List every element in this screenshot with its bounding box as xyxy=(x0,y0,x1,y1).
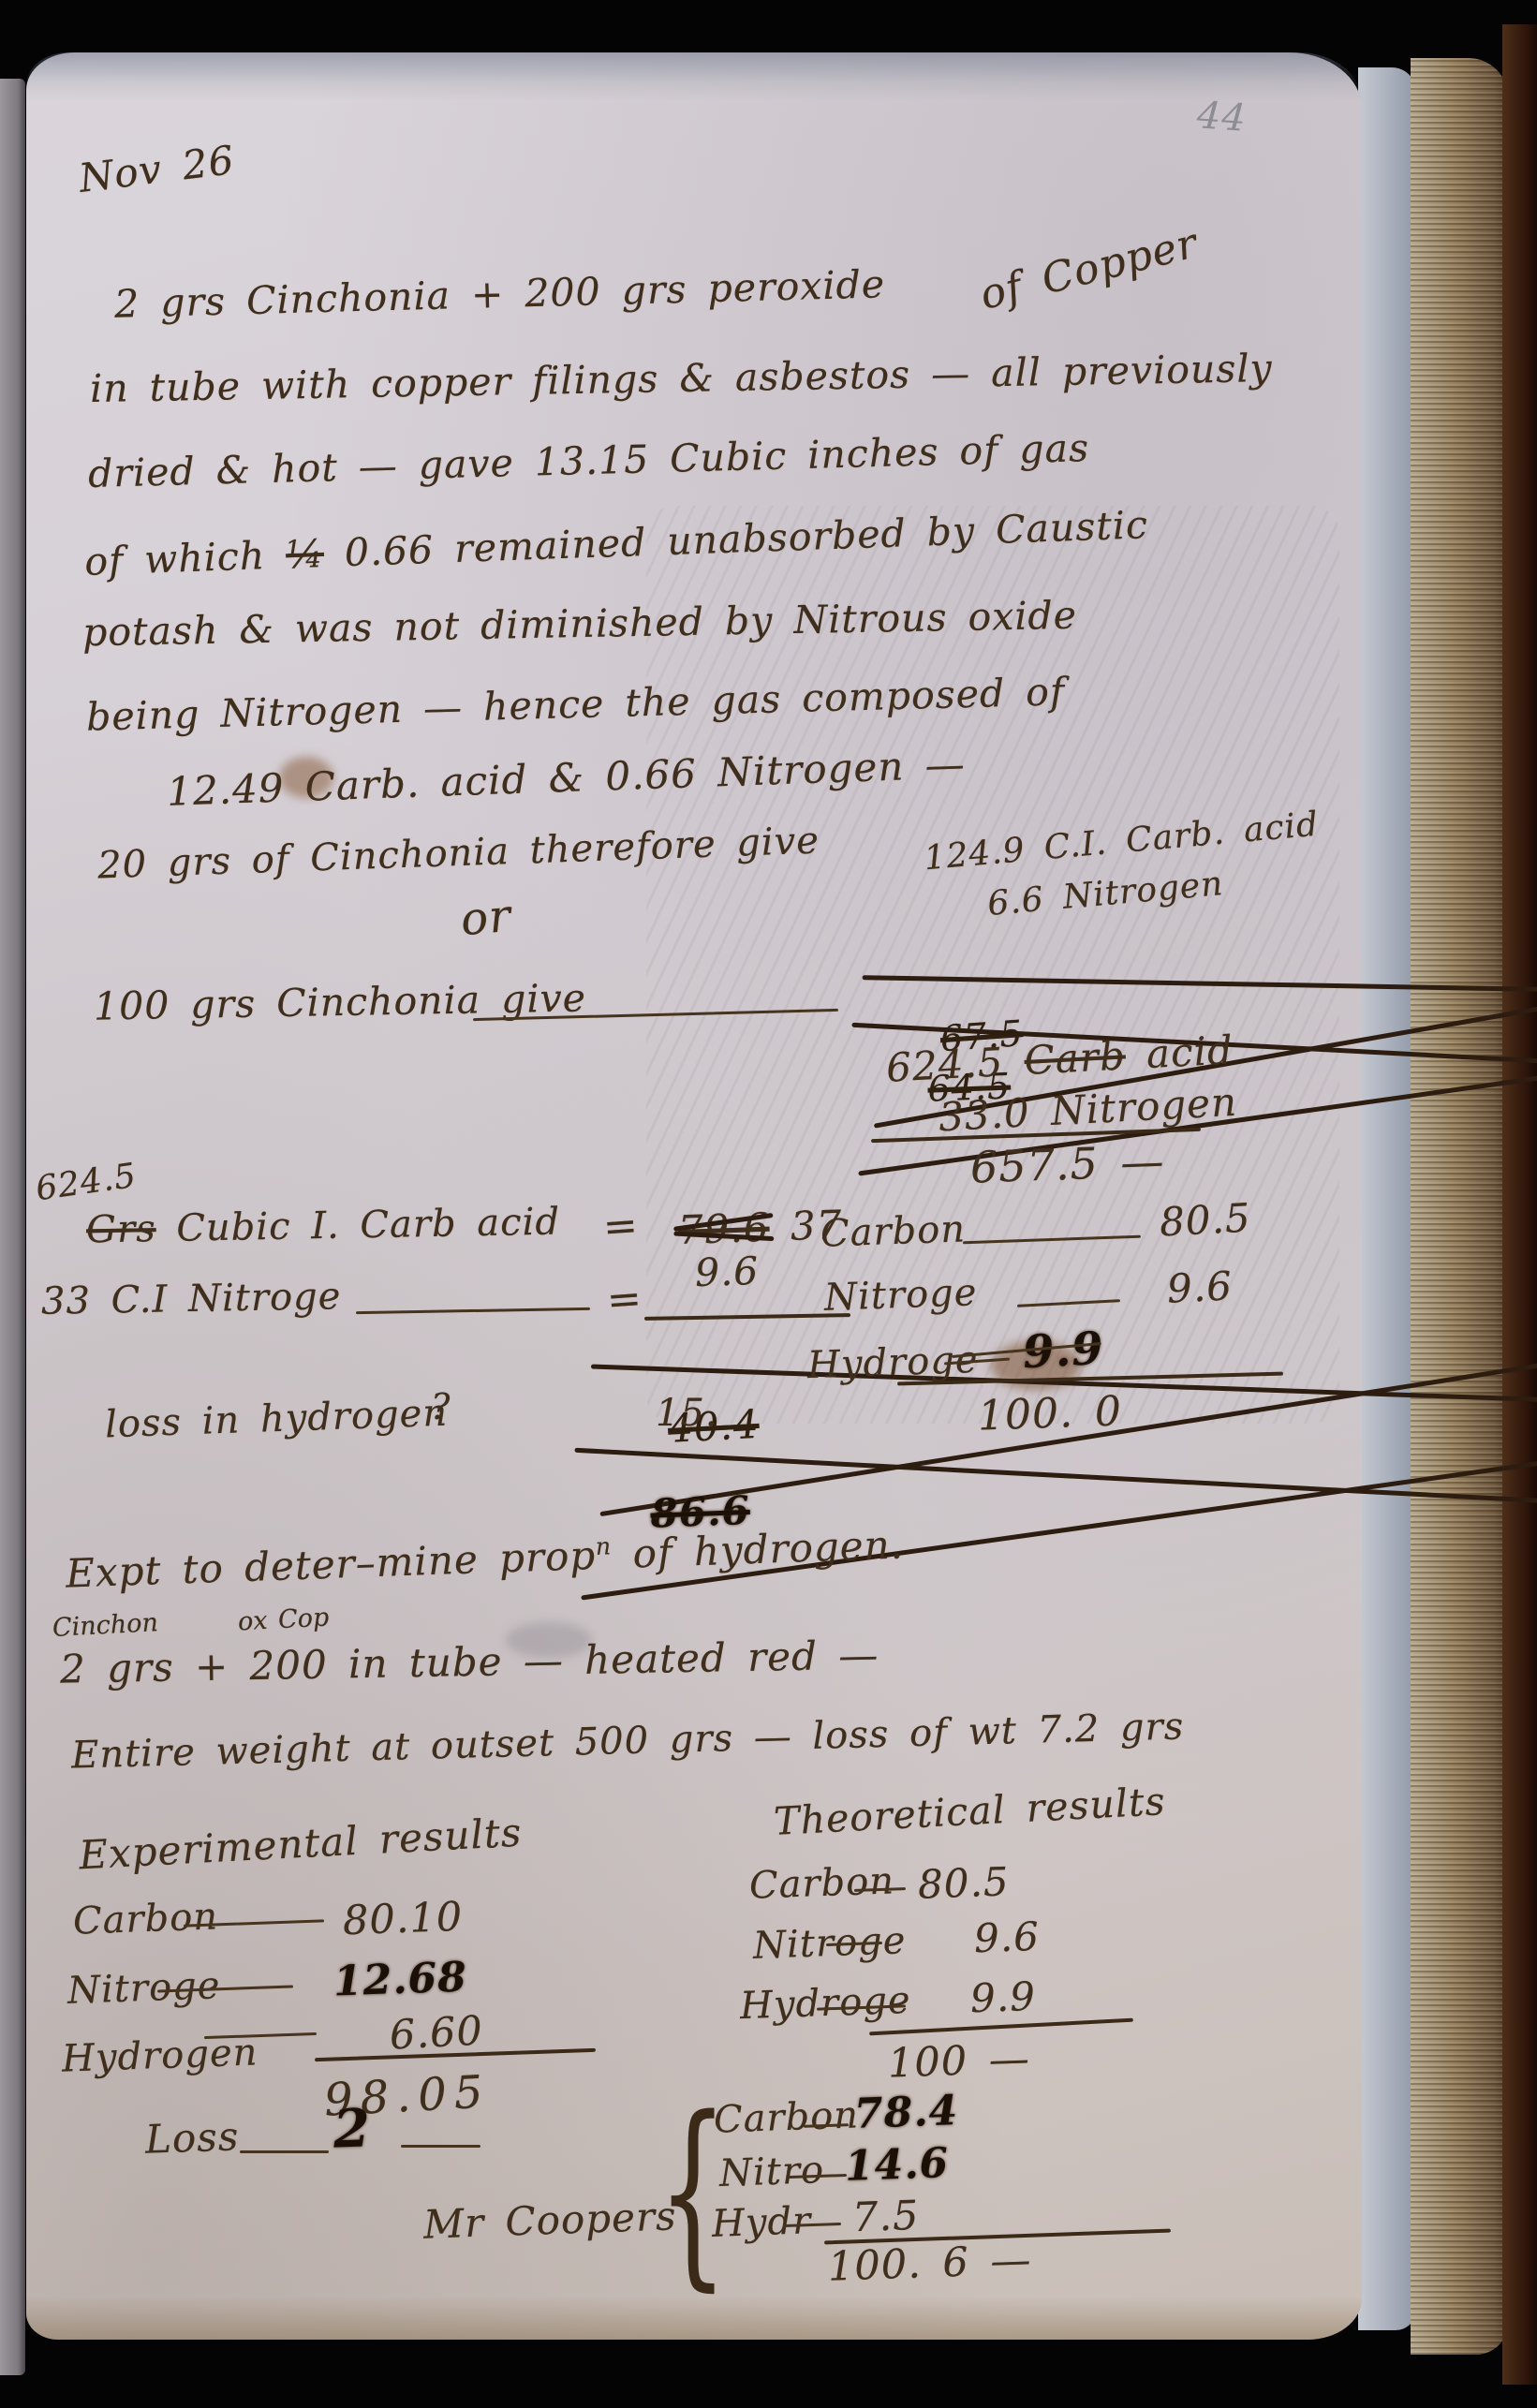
figure: 624.5 xyxy=(885,1039,1005,1090)
equals-sign: = xyxy=(605,1275,643,1325)
deleted-text: Grs xyxy=(86,1207,156,1251)
page-block-fore-edge xyxy=(1411,58,1508,2355)
result-value: 6.60 xyxy=(389,2007,484,2059)
result-value: 80.5 xyxy=(917,1858,1010,1907)
grand-total: 657.5 — xyxy=(969,1135,1165,1192)
result-name: Carbon xyxy=(72,1895,219,1943)
loss-value: 2 xyxy=(333,2097,372,2160)
cooper-total: 100. 6 — xyxy=(827,2237,1032,2291)
cooper-value: 7.5 xyxy=(851,2193,920,2241)
note-text: acid xyxy=(1145,1027,1234,1077)
cooper-name: Nitro xyxy=(718,2149,825,2195)
column-total: 100. 0 xyxy=(977,1387,1123,1440)
corrected-figure: 9.6 xyxy=(694,1248,760,1295)
loss-label: Loss xyxy=(144,2113,240,2162)
deleted-text: ¼ xyxy=(285,531,324,577)
calc-row1-name: Carbon xyxy=(820,1207,967,1255)
result-name: Carbon xyxy=(748,1859,895,1907)
loss-figure: 15. xyxy=(656,1392,718,1435)
leather-binding xyxy=(1502,24,1537,2385)
superscript-n: n xyxy=(595,1532,612,1560)
deleted-figure: 79.6 xyxy=(677,1204,770,1253)
manuscript-photo: Nov 26 44 2 grs Cinchonia + 200 grs pero… xyxy=(0,0,1537,2408)
note-text: of which xyxy=(84,533,266,584)
result-value: 9.6 xyxy=(973,1913,1040,1961)
result-name: Hydroge xyxy=(739,1979,911,2028)
cooper-value: 14.6 xyxy=(844,2139,950,2191)
result-value: 9.9 xyxy=(969,1973,1036,2021)
interlinear-note: ox Cop xyxy=(237,1603,330,1636)
calc-row2-value: 9.6 xyxy=(1166,1263,1234,1312)
deleted-text: Carb xyxy=(1023,1032,1127,1084)
connector-dash xyxy=(240,2150,329,2153)
question-mark: ? xyxy=(431,1386,451,1427)
calc-row2-name: Nitroge xyxy=(823,1271,978,1320)
result-value: 80.10 xyxy=(342,1894,464,1944)
calc-row1-value: 80.5 xyxy=(1159,1194,1252,1245)
interlinear-note: Cinchon xyxy=(52,1608,158,1643)
theoretical-total: 100 — xyxy=(887,2035,1030,2087)
or-word: or xyxy=(459,890,514,946)
note-text: Cubic I. Carb acid xyxy=(176,1201,560,1250)
calc-row1-label: Grs Cubic I. Carb acid xyxy=(86,1201,561,1252)
calc-row1-deleted-number: 79.6 37 xyxy=(677,1202,843,1253)
cooper-attribution: Mr Coopers xyxy=(422,2193,677,2247)
cooper-value: 78.4 xyxy=(853,2087,959,2138)
result-name: Hydrogen xyxy=(61,2031,259,2080)
result-value: 12.68 xyxy=(333,1954,467,2006)
equals-sign: = xyxy=(601,1202,640,1252)
page-number: 44 xyxy=(1195,94,1248,140)
page-block-edge-grey xyxy=(1358,67,1416,2330)
facing-page-edge xyxy=(0,79,25,2375)
calc-row2-label: 33 C.I Nitroge xyxy=(41,1275,342,1323)
connector-dash xyxy=(401,2145,480,2148)
cooper-name: Hydr xyxy=(711,2199,812,2246)
cooper-name: Carbon xyxy=(713,2093,860,2141)
note-line: 100 grs Cinchonia give xyxy=(94,975,587,1028)
